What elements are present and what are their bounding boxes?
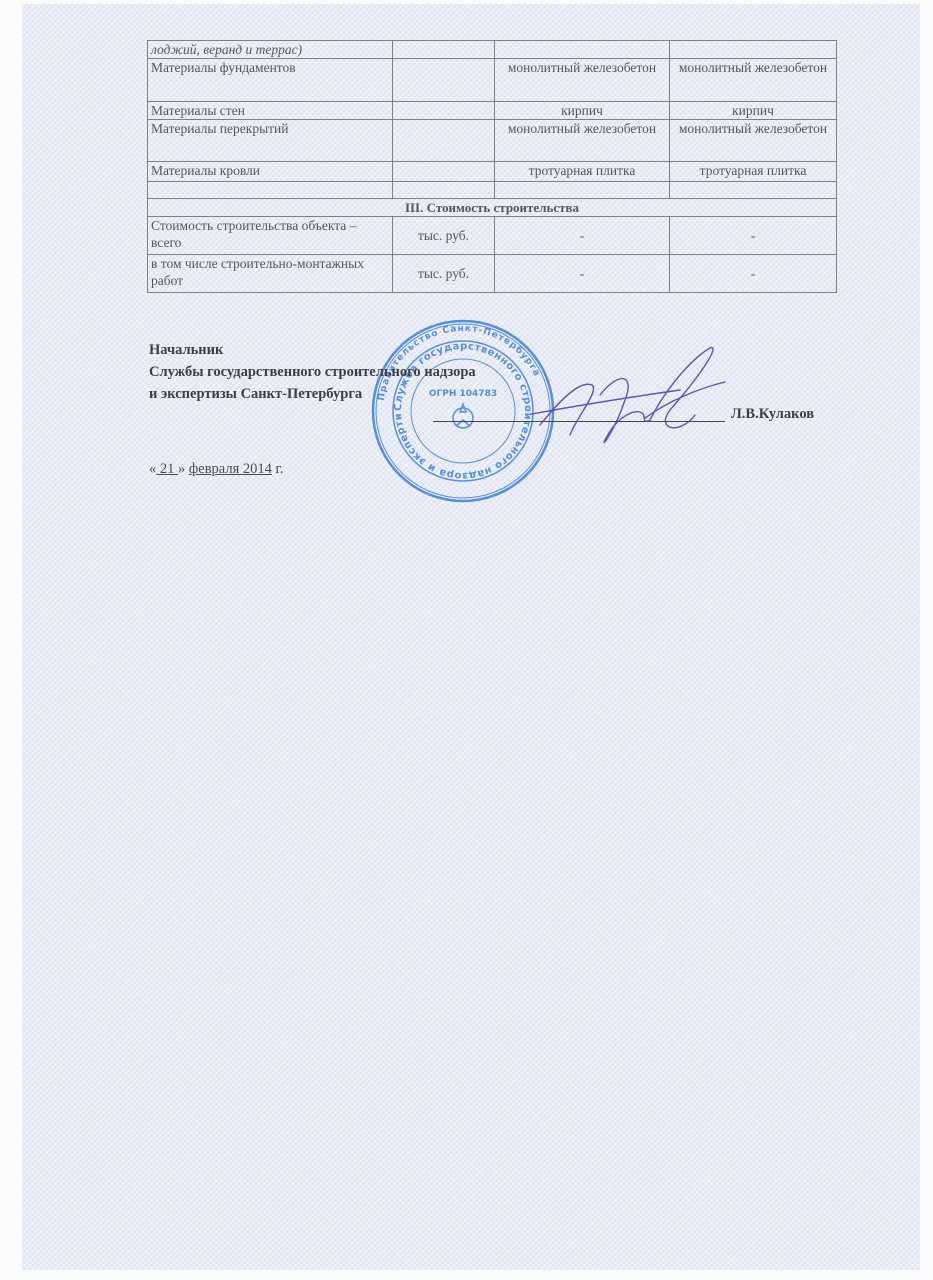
cell-unit bbox=[393, 120, 495, 162]
table-row: Материалы кровлитротуарная плиткатротуар… bbox=[148, 162, 837, 182]
table-row: в том числе строительно-монтажных работт… bbox=[148, 255, 837, 293]
cell-project bbox=[495, 41, 670, 59]
table-row: лоджий, веранд и террас) bbox=[148, 41, 837, 59]
cell-unit bbox=[393, 102, 495, 120]
cell-project bbox=[495, 182, 670, 199]
cell-unit bbox=[393, 41, 495, 59]
cell-project: кирпич bbox=[495, 102, 670, 120]
signer-name: Л.В.Кулаков bbox=[731, 406, 814, 423]
cell-actual: - bbox=[670, 255, 837, 293]
construction-parameters-table: лоджий, веранд и террас)Материалы фундам… bbox=[147, 40, 837, 293]
table-row: Стоимость строительства объекта – всегот… bbox=[148, 217, 837, 255]
cell-unit bbox=[393, 182, 495, 199]
cell-label: Материалы фундаментов bbox=[148, 59, 393, 102]
date-day: 21 bbox=[156, 461, 178, 477]
cell-project: тротуарная плитка bbox=[495, 162, 670, 182]
cell-actual: тротуарная плитка bbox=[670, 162, 837, 182]
cell-unit bbox=[393, 162, 495, 182]
cell-label: в том числе строительно-монтажных работ bbox=[148, 255, 393, 293]
table-row: Материалы фундаментовмонолитный железобе… bbox=[148, 59, 837, 102]
cell-label: лоджий, веранд и террас) bbox=[148, 41, 393, 59]
cell-project: - bbox=[495, 255, 670, 293]
handwritten-signature-icon bbox=[530, 340, 730, 460]
cell-unit: тыс. руб. bbox=[393, 255, 495, 293]
signer-position-line2: Службы государственного строительного на… bbox=[149, 364, 476, 381]
cell-project: - bbox=[495, 217, 670, 255]
cell-actual: монолитный железобетон bbox=[670, 120, 837, 162]
cell-label: Материалы кровли bbox=[148, 162, 393, 182]
cell-unit bbox=[393, 59, 495, 102]
table-row: Материалы перекрытиймонолитный железобет… bbox=[148, 120, 837, 162]
cell-actual bbox=[670, 182, 837, 199]
cell-actual bbox=[670, 41, 837, 59]
cell-unit: тыс. руб. bbox=[393, 217, 495, 255]
official-stamp-icon: Правительство Санкт-Петербурга Служба го… bbox=[370, 318, 556, 504]
cell-actual: - bbox=[670, 217, 837, 255]
date-year: 2014 bbox=[243, 461, 272, 477]
signer-position-line3: и экспертизы Санкт-Петербурга bbox=[149, 386, 362, 403]
cell-label: Материалы перекрытий bbox=[148, 120, 393, 162]
date-close-quote: » bbox=[178, 461, 185, 477]
table-row bbox=[148, 182, 837, 199]
document-date: « 21 » февраля 2014 г. bbox=[149, 461, 283, 478]
cell-label bbox=[148, 182, 393, 199]
cell-label: Материалы стен bbox=[148, 102, 393, 120]
date-suffix: г. bbox=[272, 461, 284, 477]
cell-project: монолитный железобетон bbox=[495, 59, 670, 102]
cell-label: Стоимость строительства объекта – всего bbox=[148, 217, 393, 255]
section-title: III. Стоимость строительства bbox=[148, 199, 837, 217]
svg-text:ОГРН 104783: ОГРН 104783 bbox=[429, 389, 497, 399]
cell-actual: монолитный железобетон bbox=[670, 59, 837, 102]
section-header-row: III. Стоимость строительства bbox=[148, 199, 837, 217]
cell-actual: кирпич bbox=[670, 102, 837, 120]
date-month: февраля bbox=[189, 461, 243, 477]
signer-position-line1: Начальник bbox=[149, 342, 223, 359]
table-row: Материалы стенкирпичкирпич bbox=[148, 102, 837, 120]
cell-project: монолитный железобетон bbox=[495, 120, 670, 162]
